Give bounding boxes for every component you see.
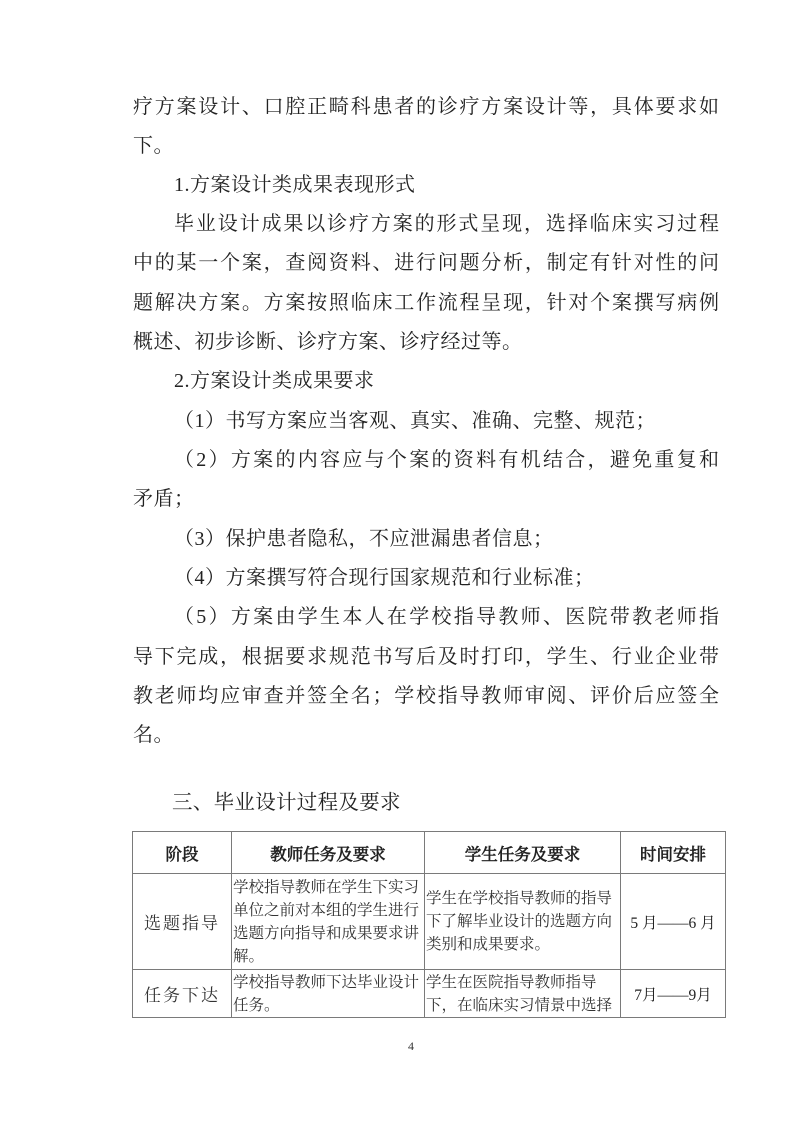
subheading-2: 2.方案设计类成果要求 (174, 362, 719, 401)
cell-line: 学生在学校指导教师的指导 (426, 887, 619, 910)
body-line: 毕业设计成果以诊疗方案的形式呈现，选择临床实习过程 (174, 205, 719, 244)
table-row: 选题指导 学校指导教师在学生下实习 单位之前对本组的学生进行 选题方向指导和成果… (133, 874, 726, 970)
stage-cell: 选题指导 (133, 874, 232, 970)
cell-line: 学校指导教师在学生下实习 (233, 876, 423, 899)
header-student-tasks: 学生任务及要求 (425, 832, 621, 874)
cell-line: 解。 (233, 945, 423, 968)
body-line: 导下完成，根据要求规范书写后及时打印，学生、行业企业带 (133, 638, 719, 677)
section-heading: 三、毕业设计过程及要求 (172, 786, 401, 818)
cell-line: 单位之前对本组的学生进行 (233, 899, 423, 922)
body-line: 疗方案设计、口腔正畸科患者的诊疗方案设计等，具体要求如 (133, 88, 719, 127)
table-row: 任务下达 学校指导教师下达毕业设计 任务。 学生在医院指导教师指导 下，在临床实… (133, 970, 726, 1018)
student-task-cell: 学生在学校指导教师的指导 下了解毕业设计的选题方向 类别和成果要求。 (425, 874, 621, 970)
body-line: 矛盾； (133, 480, 719, 519)
requirement-item-4: （4）方案撰写符合现行国家规范和行业标准； (174, 559, 719, 598)
cell-line: 下了解毕业设计的选题方向 (426, 910, 619, 933)
cell-line: 学生在医院指导教师指导 (426, 971, 619, 994)
body-line: 中的某一个案，查阅资料、进行问题分析，制定有针对性的问 (133, 244, 719, 283)
page-number: 4 (404, 1039, 418, 1054)
header-teacher-tasks: 教师任务及要求 (232, 832, 425, 874)
schedule-cell: 5 月——6 月 (621, 874, 726, 970)
cell-line: 学校指导教师下达毕业设计 (233, 971, 423, 994)
body-line: 题解决方案。方案按照临床工作流程呈现，针对个案撰写病例 (133, 284, 719, 323)
teacher-task-cell: 学校指导教师在学生下实习 单位之前对本组的学生进行 选题方向指导和成果要求讲 解… (232, 874, 425, 970)
process-table: 阶段 教师任务及要求 学生任务及要求 时间安排 选题指导 学校指导教师在学生下实… (132, 831, 726, 1018)
cell-line: 类别和成果要求。 (426, 933, 619, 956)
document-page: 疗方案设计、口腔正畸科患者的诊疗方案设计等，具体要求如 下。 1.方案设计类成果… (0, 0, 793, 1122)
schedule-cell: 7月——9月 (621, 970, 726, 1018)
body-line: 名。 (133, 716, 719, 755)
header-stage: 阶段 (133, 832, 232, 874)
stage-cell: 任务下达 (133, 970, 232, 1018)
requirement-item-5: （5）方案由学生本人在学校指导教师、医院带教老师指 (174, 598, 719, 637)
cell-line: 下，在临床实习情景中选择 (426, 994, 619, 1017)
requirement-item-1: （1）书写方案应当客观、真实、准确、完整、规范； (174, 402, 719, 441)
body-line: 教老师均应审查并签全名；学校指导教师审阅、评价后应签全 (133, 677, 719, 716)
header-schedule: 时间安排 (621, 832, 726, 874)
requirement-item-2: （2）方案的内容应与个案的资料有机结合，避免重复和 (174, 441, 719, 480)
body-line: 下。 (133, 127, 719, 166)
body-line: 概述、初步诊断、诊疗方案、诊疗经过等。 (133, 323, 719, 362)
teacher-task-cell: 学校指导教师下达毕业设计 任务。 (232, 970, 425, 1018)
cell-line: 任务。 (233, 994, 423, 1017)
student-task-cell: 学生在医院指导教师指导 下，在临床实习情景中选择 (425, 970, 621, 1018)
subheading-1: 1.方案设计类成果表现形式 (174, 166, 719, 205)
table-header-row: 阶段 教师任务及要求 学生任务及要求 时间安排 (133, 832, 726, 874)
requirement-item-3: （3）保护患者隐私，不应泄漏患者信息； (174, 520, 719, 559)
cell-line: 选题方向指导和成果要求讲 (233, 922, 423, 945)
